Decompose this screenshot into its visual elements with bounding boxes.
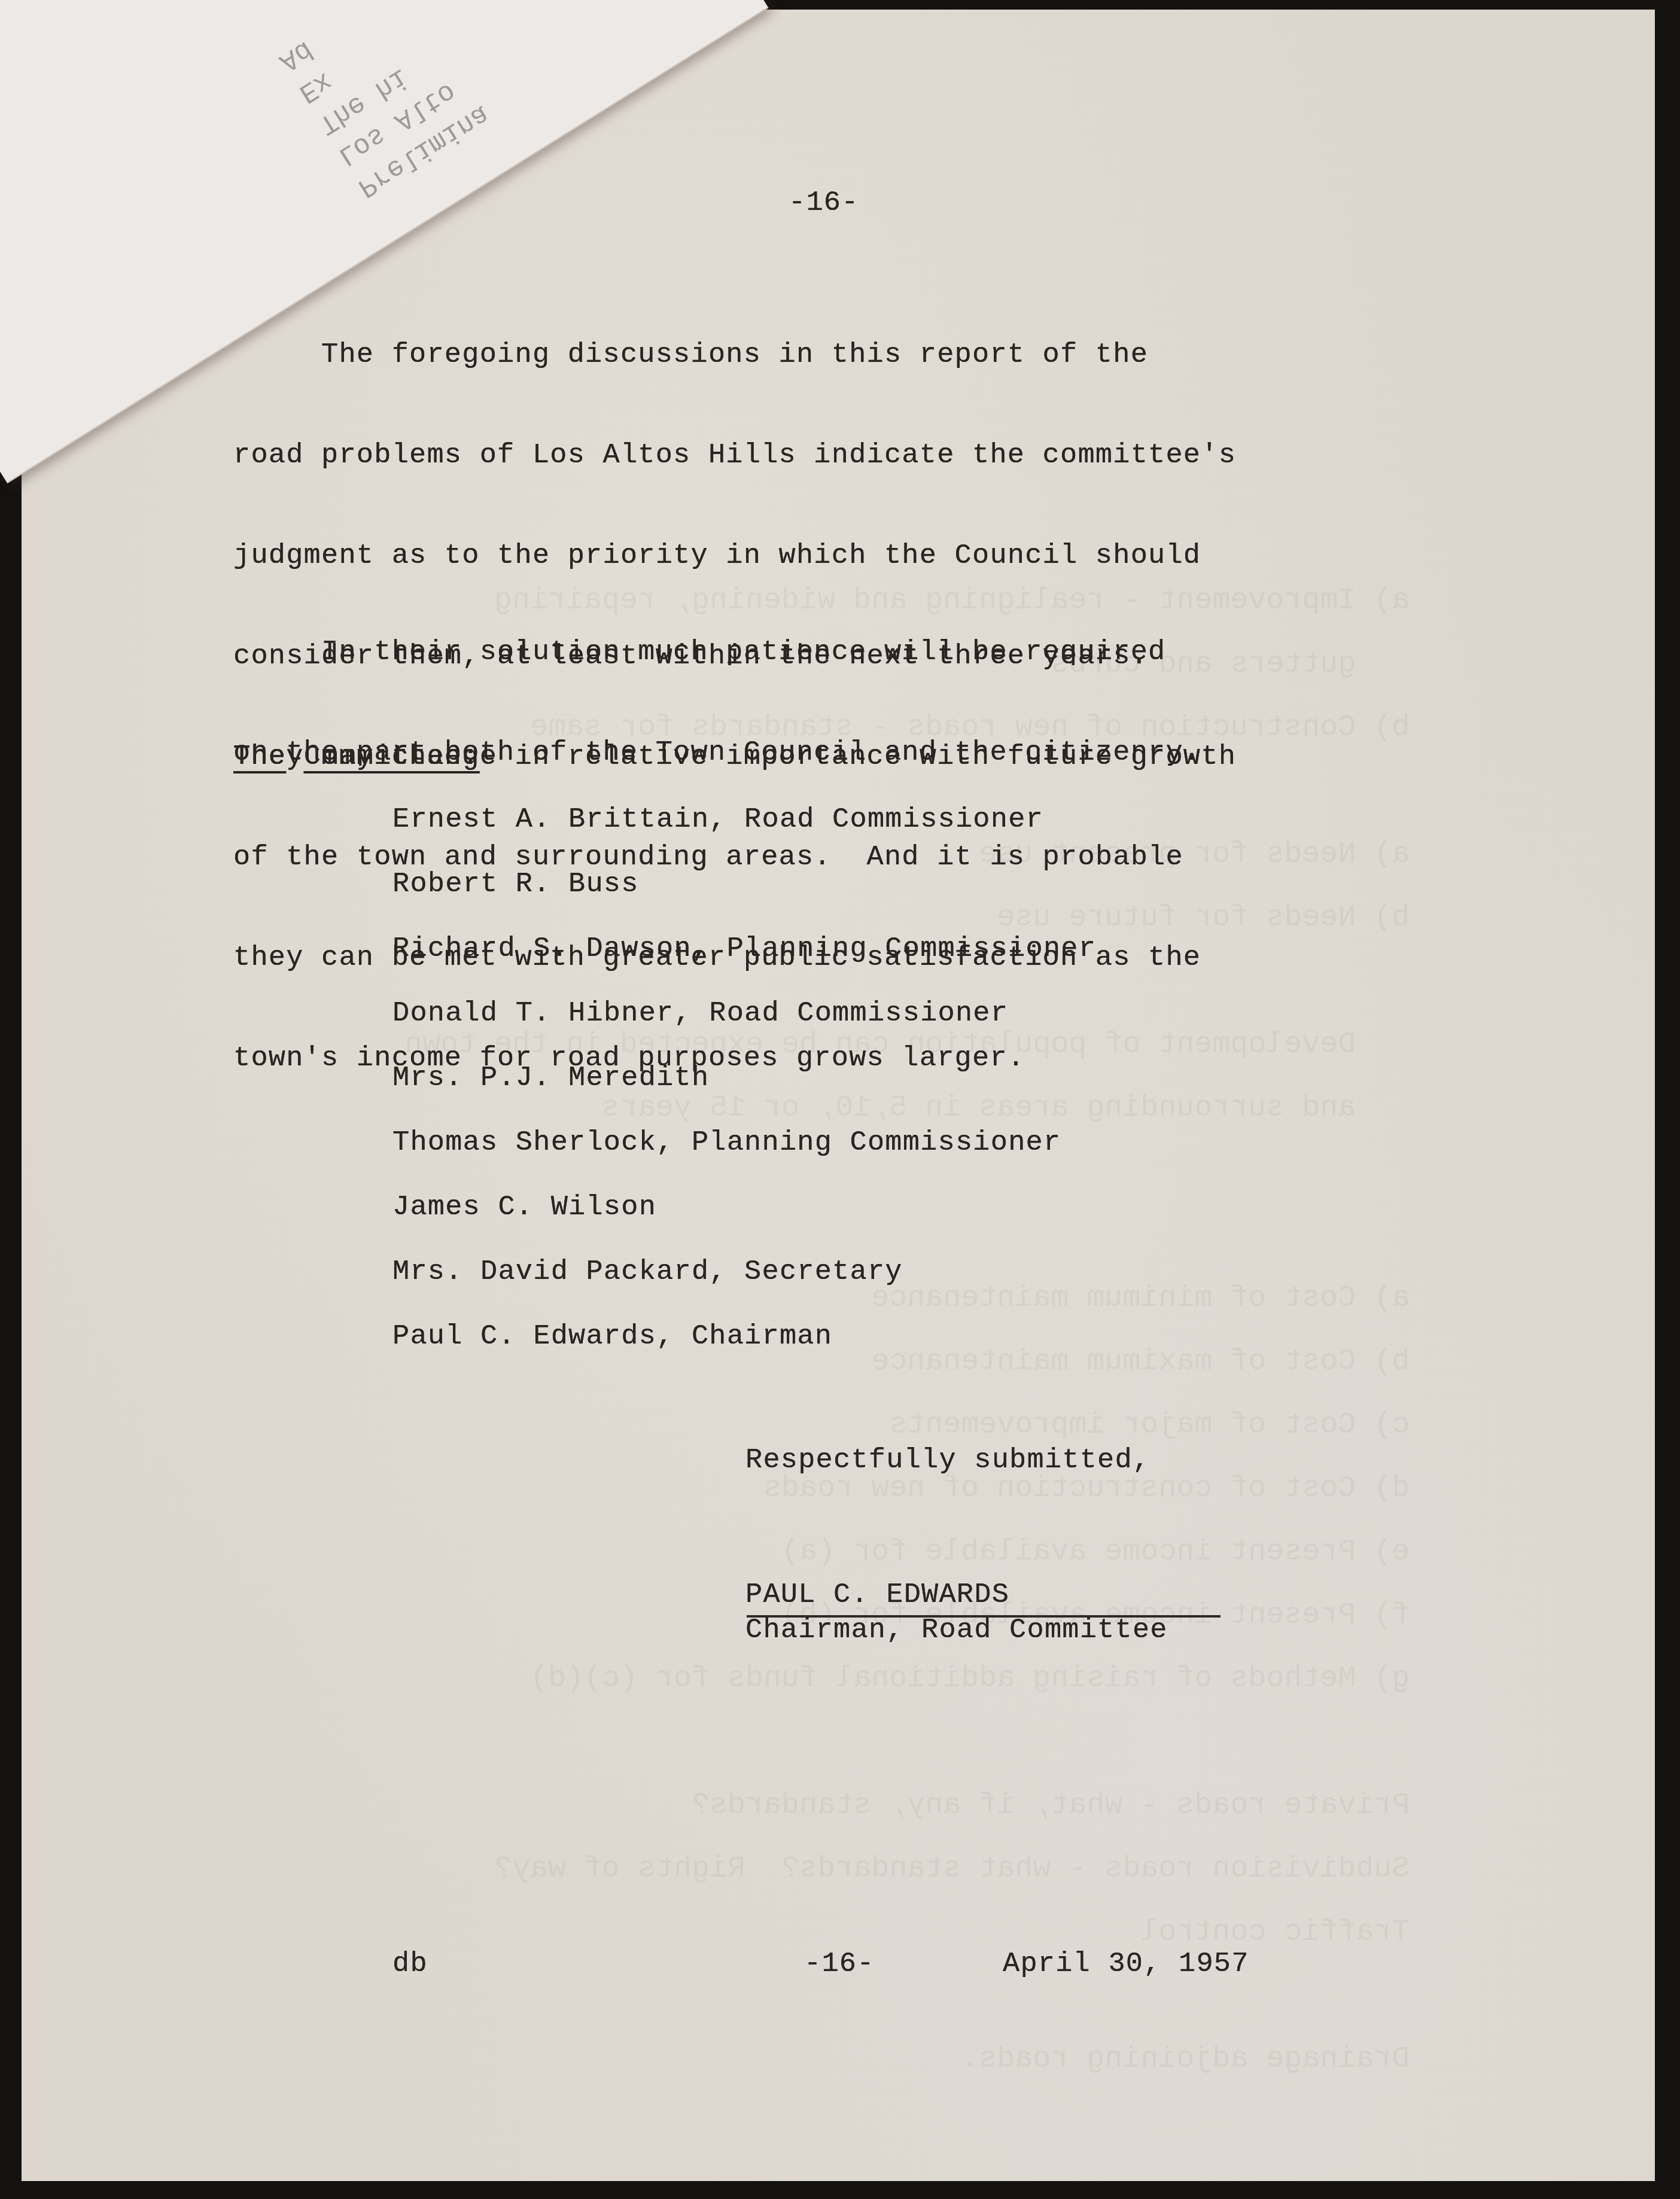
closing-salutation: Respectfully submitted, — [745, 1444, 1150, 1478]
signature-title: Chairman, Road Committee — [745, 1614, 1168, 1647]
committee-heading-word-2: Committee: — [304, 741, 480, 773]
committee-member: Donald T. Hibner, Road Commissioner — [392, 998, 1008, 1030]
scan-stage: a) Improvement - realigning and widening… — [0, 0, 1680, 2199]
committee-member: Thomas Sherlock, Planning Commissioner — [392, 1127, 1061, 1159]
committee-member: Ernest A. Brittain, Road Commissioner — [392, 804, 1043, 836]
footer-page-number: -16- — [804, 1948, 875, 1981]
committee-member: James C. Wilson — [392, 1192, 656, 1223]
page-number-top: -16- — [789, 187, 859, 220]
text-line: town's income for road purposes grows la… — [233, 1042, 1236, 1076]
mirrored-show-through-text: PreliminaLos AltoThe hiExAd — [272, 0, 497, 206]
committee-member: Robert R. Buss — [392, 869, 639, 900]
typewritten-page: a) Improvement - realigning and widening… — [22, 10, 1655, 2181]
text-line: The foregoing discussions in this report… — [233, 339, 1236, 372]
text-line: road problems of Los Altos Hills indicat… — [233, 439, 1236, 473]
paragraph-patience: In their solution much patience will be … — [233, 569, 1201, 837]
text-line: judgment as to the priority in which the… — [233, 540, 1236, 573]
committee-heading: The Committee: — [233, 741, 480, 774]
committee-member: Paul C. Edwards, Chairman — [392, 1321, 832, 1353]
signature-name: PAUL C. EDWARDS — [745, 1579, 1009, 1612]
footer-typist-initials: db — [392, 1948, 428, 1981]
text-line: of the town and surrounding areas. And i… — [233, 841, 1236, 875]
committee-member: Richard S. Dawson, Planning Commissioner — [392, 933, 1096, 965]
text-line: In their solution much patience will be … — [233, 636, 1201, 669]
committee-heading-word-1: The — [233, 741, 286, 773]
footer-date: April 30, 1957 — [1003, 1948, 1249, 1981]
committee-member: Mrs. David Packard, Secretary — [392, 1256, 903, 1288]
committee-member: Mrs. P.J. Meredith — [392, 1062, 709, 1094]
